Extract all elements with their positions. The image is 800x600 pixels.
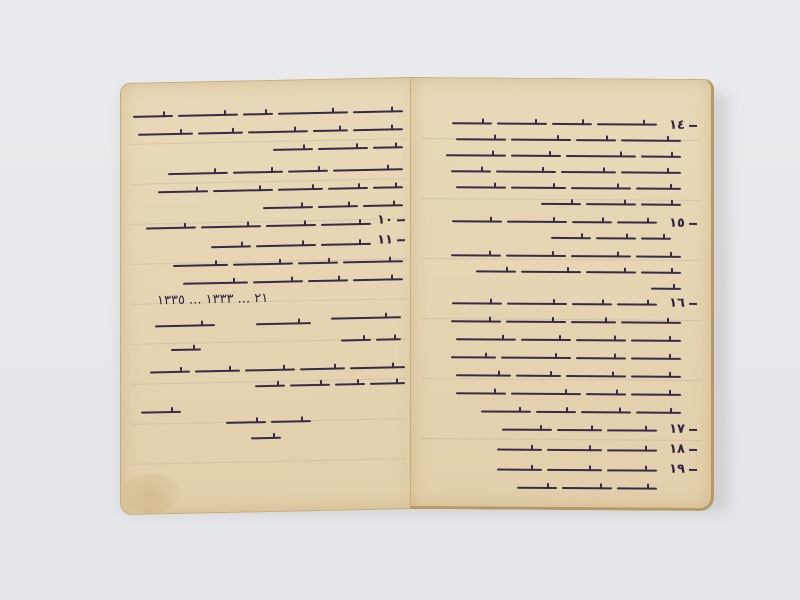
handwriting-line (431, 406, 681, 418)
signature (135, 320, 215, 332)
handwriting-line (133, 256, 403, 272)
handwriting-line (141, 219, 371, 234)
handwriting-line (425, 352, 681, 364)
handwriting-line (425, 298, 657, 310)
item-number: ١١ (377, 232, 405, 248)
handwriting-line (133, 164, 403, 180)
handwriting-line (621, 283, 681, 293)
notebook-photo: ١٠ ١١ ٢١ ... ١٣٣٣ ... ١٣٣٥ (0, 0, 800, 600)
handwriting-line (431, 464, 657, 476)
signature (161, 344, 201, 355)
handwriting-line (425, 216, 657, 228)
ruled-line (421, 438, 701, 441)
handwriting-line (161, 239, 371, 253)
handwriting-line (425, 134, 681, 146)
signature-row (135, 362, 405, 378)
item-number: ١٥ (669, 216, 697, 231)
handwriting-line (425, 388, 681, 400)
handwriting-line (441, 266, 681, 278)
handwriting-line (425, 182, 681, 194)
handwriting-line (133, 106, 403, 122)
paper-stain (121, 473, 181, 514)
handwriting-line (425, 370, 681, 382)
ruled-line (131, 458, 407, 465)
handwriting-line (133, 274, 403, 290)
handwriting-line (271, 142, 403, 155)
handwriting-line (133, 182, 403, 198)
handwriting-line (425, 166, 681, 178)
handwriting-line (461, 424, 657, 435)
item-number: ١٦ (669, 296, 697, 311)
handwriting-line (441, 118, 657, 130)
left-page: ١٠ ١١ ٢١ ... ١٣٣٣ ... ١٣٣٥ (120, 77, 418, 515)
signature (321, 334, 401, 346)
handwriting-line (531, 233, 671, 244)
handwriting-line (461, 444, 657, 455)
right-page: ١٤ ١٥ ١٦ ١٧ ١٨ ١٩ (410, 77, 714, 511)
handwriting-line (425, 316, 681, 328)
signature (241, 318, 311, 329)
item-number: ١٩ (669, 462, 697, 477)
signature (211, 416, 311, 428)
signature (131, 407, 181, 418)
handwriting-line (133, 124, 403, 140)
item-number: ١٠ (377, 212, 405, 228)
item-number: ١٧ (669, 422, 697, 437)
handwriting-line (425, 334, 681, 346)
handwriting-line (425, 250, 681, 262)
handwriting-line (511, 199, 681, 210)
handwriting-line (461, 482, 657, 493)
signature-row (135, 378, 405, 394)
handwriting-line (425, 150, 681, 162)
item-number: ١٤ (669, 118, 697, 133)
signature (231, 433, 281, 444)
date-line: ٢١ ... ١٣٣٣ ... ١٣٣٥ (157, 291, 268, 308)
item-number: ١٨ (669, 442, 697, 457)
signature (321, 312, 401, 324)
